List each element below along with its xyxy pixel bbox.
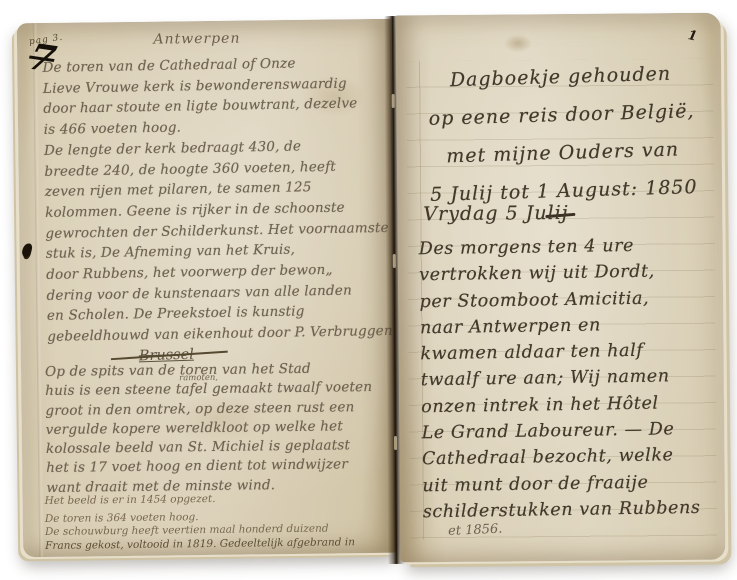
left-text-block-1: De toren van de Cathedraal of OnzeLieve …: [42, 52, 391, 348]
left-text-block-2: Op de spits van de toren van het Stadhui…: [45, 359, 393, 498]
paper-stain: [504, 34, 532, 52]
spine-stitch: [392, 94, 395, 108]
ink-blot: [21, 242, 33, 258]
page-number: 1: [686, 28, 698, 45]
diary-title-block: Dagboekje gehoudenop eene reis door Belg…: [410, 54, 713, 215]
entry-text-block: Des morgens ten 4 urevertrokken wij uit …: [419, 232, 725, 526]
left-page-heading: Antwerpen: [87, 30, 307, 49]
spine-stitch: [394, 436, 397, 450]
left-page: pag 3. 7 Antwerpen De toren van de Cathe…: [17, 19, 397, 558]
handwritten-line: Het beeld is er in 1454 opgezet.: [45, 491, 393, 508]
pencil-note: et 1856.: [448, 522, 503, 539]
left-small-notes: Het beeld is er in 1454 opgezet.De toren…: [45, 491, 394, 553]
spine-stitch: [393, 254, 396, 268]
photo-open-diary: pag 3. 7 Antwerpen De toren van de Cathe…: [0, 0, 737, 580]
right-page: 1 Dagboekje gehoudenop eene reis door Be…: [396, 13, 726, 563]
entry-date-heading: Vrydag 5 Julij: [423, 202, 568, 225]
handwritten-line: schilderstukken van Rubbens: [423, 494, 724, 525]
